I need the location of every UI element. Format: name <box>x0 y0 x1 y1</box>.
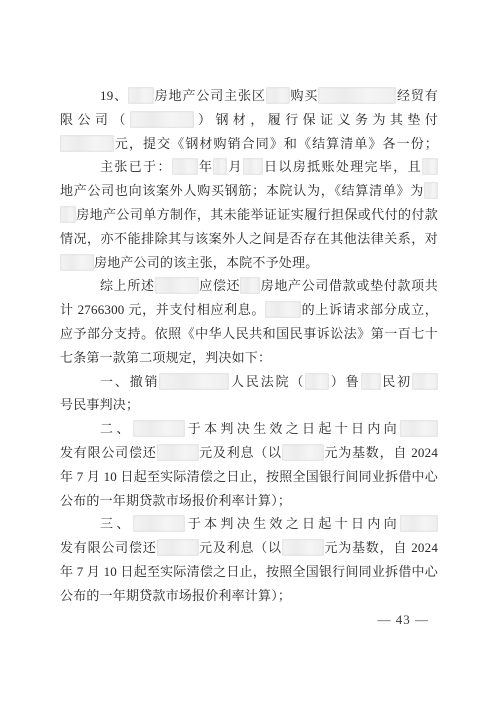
text-line: 元，提交《钢材购销合同》和《结算清单》各一份； <box>60 132 438 156</box>
text-run: 房地产公司的该主张，本院不予处理。 <box>94 255 318 270</box>
text-run: 房地产公司借款或垫付款项共 <box>260 278 438 293</box>
redaction-box <box>424 182 438 199</box>
redaction-box <box>155 277 199 294</box>
text-run: 元为基数，自 2024 <box>324 540 438 555</box>
text-line: 七条第一款第二项规定，判决如下： <box>60 346 438 370</box>
text-line: 计 2766300 元，并支付相应利息。的上诉请求部分成立， <box>60 298 438 322</box>
redaction-box <box>159 373 229 390</box>
text-line: 房地产公司的该主张，本院不予处理。 <box>60 251 438 275</box>
redaction-box <box>361 373 381 390</box>
text-line: 年 7 月 10 日起至实际清偿之日止，按照全国银行间同业拆借中心 <box>60 560 438 584</box>
text-line: 应予部分支持。依照《中华人民共和国民事诉讼法》第一百七十 <box>60 322 438 346</box>
judgment-text: 19、房地产公司主张区购买经贸有限公司（）钢材，履行保证义务为其垫付元，提交《钢… <box>60 84 438 608</box>
text-run: 19、 <box>100 88 128 103</box>
text-line: 公布的一年期贷款市场报价利率计算）； <box>60 584 438 608</box>
text-run: 一、撤销 <box>100 374 159 389</box>
text-run: 综上所述 <box>100 278 155 293</box>
text-line: 发有限公司偿还元及利息（以元为基数，自 2024 <box>60 441 438 465</box>
redaction-box <box>60 135 114 152</box>
text-line: 地产公司也向该案外人购买钢筋；本院认为，《结算清单》为 <box>60 179 438 203</box>
text-run: 年 7 月 10 日起至实际清偿之日止，按照全国银行间同业拆借中心 <box>60 469 438 484</box>
text-run: 年 <box>198 159 214 174</box>
text-run: 元及利息（以 <box>199 445 282 460</box>
redaction-box <box>412 373 438 390</box>
text-line: 综上所述应偿还房地产公司借款或垫付款项共 <box>60 274 438 298</box>
redaction-box <box>60 254 94 271</box>
text-run: 人民法院（ <box>229 374 305 389</box>
redaction-box <box>133 420 185 437</box>
text-run: 三、 <box>100 516 133 531</box>
text-line: 一、撤销人民法院（）鲁民初 <box>60 370 438 394</box>
redaction-box <box>157 539 199 556</box>
text-run: 主张已于： <box>100 159 172 174</box>
text-run: 地产公司也向该案外人购买钢筋；本院认为，《结算清单》为 <box>60 183 424 198</box>
redaction-box <box>130 111 194 128</box>
text-run: 计 2766300 元，并支付相应利息。 <box>60 302 265 317</box>
text-run: ）鲁 <box>329 374 360 389</box>
redaction-box <box>243 158 263 175</box>
text-run: 发有限公司偿还 <box>60 540 157 555</box>
scanned-judgment-page: 19、房地产公司主张区购买经贸有限公司（）钢材，履行保证义务为其垫付元，提交《钢… <box>0 0 500 707</box>
redaction-box <box>318 87 396 104</box>
redaction-box <box>400 420 438 437</box>
text-run: 房地产公司主张区 <box>154 88 266 103</box>
redaction-box <box>157 444 199 461</box>
text-line: 情况，亦不能排除其与该案外人之间是否存在其他法律关系，对 <box>60 227 438 251</box>
text-run: 于本判决生效之日起十日内向 <box>185 421 400 436</box>
text-run: 应偿还 <box>199 278 241 293</box>
redaction-box <box>305 373 329 390</box>
text-run: 公布的一年期贷款市场报价利率计算）； <box>60 588 291 603</box>
text-run: 的上诉请求部分成立， <box>301 302 438 317</box>
text-run: 元，提交《钢材购销合同》和《结算清单》各一份； <box>114 136 438 151</box>
text-run: 房地产公司单方制作，其未能举证证实履行担保或代付的付款 <box>76 207 438 222</box>
redaction-box <box>422 158 438 175</box>
text-run: 公布的一年期贷款市场报价利率计算）； <box>60 493 291 508</box>
text-run: 民初 <box>381 374 412 389</box>
redaction-box <box>128 87 154 104</box>
text-line: 三、于本判决生效之日起十日内向房地产开 <box>60 512 438 536</box>
text-run: 七条第一款第二项规定，判决如下： <box>60 350 271 365</box>
text-run: 情况，亦不能排除其与该案外人之间是否存在其他法律关系，对 <box>60 231 438 246</box>
text-run: 经贸有 <box>396 88 438 103</box>
text-run: 于本判决生效之日起十日内向 <box>185 516 400 531</box>
text-run: 元及利息（以 <box>199 540 282 555</box>
text-run: 发有限公司偿还 <box>60 445 157 460</box>
text-line: 二、于本判决生效之日起十日内向房地产开 <box>60 417 438 441</box>
text-line: 19、房地产公司主张区购买经贸有 <box>60 84 438 108</box>
redaction-box <box>400 515 438 532</box>
redaction-box <box>282 444 324 461</box>
text-line: 主张已于：年月日以房抵账处理完毕，且 <box>60 155 438 179</box>
redaction-box <box>172 158 198 175</box>
text-line: 年 7 月 10 日起至实际清偿之日止，按照全国银行间同业拆借中心 <box>60 465 438 489</box>
redaction-box <box>266 87 290 104</box>
text-run: ）钢材，履行保证义务为其垫付 <box>194 112 438 127</box>
text-line: 发有限公司偿还元及利息（以元为基数，自 2024 <box>60 536 438 560</box>
text-line: 限公司（）钢材，履行保证义务为其垫付 <box>60 108 438 132</box>
redaction-box <box>265 301 301 318</box>
text-run: 年 7 月 10 日起至实际清偿之日止，按照全国银行间同业拆借中心 <box>60 564 438 579</box>
redaction-box <box>60 206 76 223</box>
text-run: 购买 <box>290 88 318 103</box>
text-run: 限公司（ <box>60 112 130 127</box>
text-line: 公布的一年期贷款市场报价利率计算）； <box>60 489 438 513</box>
redaction-box <box>133 515 185 532</box>
redaction-box <box>282 539 324 556</box>
redaction-box <box>240 277 260 294</box>
text-run: 元为基数，自 2024 <box>324 445 438 460</box>
text-line: 号民事判决； <box>60 393 438 417</box>
redaction-box <box>213 158 227 175</box>
text-run: 月 <box>227 159 243 174</box>
text-run: 应予部分支持。依照《中华人民共和国民事诉讼法》第一百七十 <box>60 326 438 341</box>
text-run: 日以房抵账处理完毕，且 <box>263 159 422 174</box>
text-run: 二、 <box>100 421 133 436</box>
page-number: — 43 — <box>378 612 430 628</box>
text-line: 房地产公司单方制作，其未能举证证实履行担保或代付的付款 <box>60 203 438 227</box>
text-run: 号民事判决； <box>60 397 139 412</box>
